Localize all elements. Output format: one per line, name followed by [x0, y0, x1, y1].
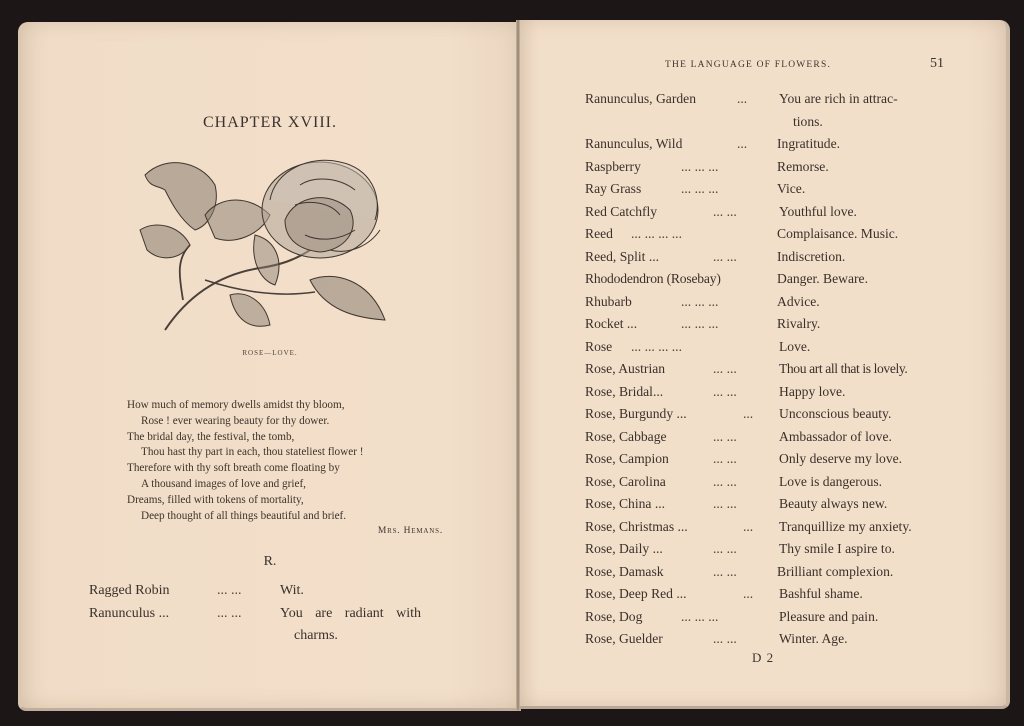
leader-dots: ... ... [713, 381, 737, 404]
poem-line: How much of memory dwells amidst thy blo… [127, 398, 467, 414]
flower-name: Rose, Christmas ... [585, 516, 688, 539]
leader-dots: ... ... [713, 426, 737, 449]
leader-dots: ... ... [713, 448, 737, 471]
running-head: THE LANGUAGE OF FLOWERS. [665, 60, 831, 70]
flower-name: Red Catchfly [585, 201, 657, 224]
leader-dots: ... ... [713, 201, 737, 224]
flower-name: Ranunculus, Garden [585, 88, 696, 111]
printer-signature: D 2 [752, 650, 774, 666]
flower-name: Rose, Burgundy ... [585, 403, 687, 426]
poem-line: Dreams, filled with tokens of mortality, [127, 493, 467, 509]
list-item: Reed ... ... ... ... Complaisance. Music… [585, 223, 985, 246]
flower-name: Rose, Damask [585, 561, 664, 584]
leader-dots: ... ... [713, 538, 737, 561]
flower-meaning: Wit. [280, 580, 304, 603]
list-item: Rose, Burgundy ... ... Unconscious beaut… [585, 403, 985, 426]
leader-dots: ... ... ... ... [631, 223, 682, 246]
list-item: Ranunculus ... ... ... You are radiant w… [89, 603, 469, 626]
flower-name: Rose, China ... [585, 493, 665, 516]
list-item: Rose, Daily ... ... ... Thy smile I aspi… [585, 538, 985, 561]
flower-meaning: Bashful shame. [779, 583, 863, 606]
leader-dots: ... ... [217, 603, 242, 626]
flower-name: Rose, Austrian [585, 358, 665, 381]
leader-dots: ... ... ... ... [631, 336, 682, 359]
flower-name: Rose, Guelder [585, 628, 663, 651]
list-item: Rose, Carolina ... ... Love is dangerous… [585, 471, 985, 494]
flower-meaning: Love is dangerous. [779, 471, 882, 494]
leader-dots: ... ... [713, 561, 737, 584]
flower-meaning: Love. [779, 336, 810, 359]
list-item: Rose, Guelder ... ... Winter. Age. [585, 628, 985, 651]
leader-dots: ... [743, 516, 753, 539]
book-gutter [516, 20, 520, 710]
flower-meaning: Winter. Age. [779, 628, 848, 651]
flower-name: Rose, Daily ... [585, 538, 663, 561]
left-entries-list: Ragged Robin ... ... Wit. Ranunculus ...… [89, 580, 469, 648]
poem-line: Therefore with thy soft breath come floa… [127, 461, 467, 477]
flower-name: Ragged Robin [89, 580, 170, 603]
leader-dots: ... ... ... [681, 178, 718, 201]
flower-meaning: Pleasure and pain. [779, 606, 878, 629]
list-item: Rose, Bridal... ... ... Happy love. [585, 381, 985, 404]
poem-author: Mrs. Hemans. [127, 524, 467, 540]
list-item: Ray Grass ... ... ... Vice. [585, 178, 985, 201]
leader-dots: ... ... ... [681, 156, 718, 179]
flower-name: Ranunculus, Wild [585, 133, 682, 156]
illustration-caption: ROSE—LOVE. [200, 349, 340, 357]
flower-meaning: Tranquillize my anxiety. [779, 516, 912, 539]
rose-illustration-icon [135, 150, 395, 340]
leader-dots: ... ... ... [681, 606, 718, 629]
list-item: Reed, Split ... ... ... Indiscretion. [585, 246, 985, 269]
flower-name: Rose [585, 336, 612, 359]
leader-dots: ... ... [713, 471, 737, 494]
flower-meaning-continued: tions. [793, 111, 823, 134]
flower-meaning: Beauty always new. [779, 493, 887, 516]
list-item: Rose, Damask ... ... Brilliant complexio… [585, 561, 985, 584]
flower-name: Rocket ... [585, 313, 637, 336]
list-item: Ragged Robin ... ... Wit. [89, 580, 469, 603]
flower-meaning: Danger. Beware. [777, 268, 868, 291]
flower-name: Rhododendron (Rosebay) [585, 268, 721, 291]
flower-meaning: Youthful love. [779, 201, 857, 224]
flower-meaning: Thou art all that is lovely. [779, 358, 907, 381]
page-number: 51 [930, 56, 944, 72]
list-item: Rose, Austrian ... ... Thou art all that… [585, 358, 985, 381]
flower-name: Raspberry [585, 156, 641, 179]
leader-dots: ... ... ... [681, 313, 718, 336]
flower-name: Rhubarb [585, 291, 632, 314]
list-item: Rose ... ... ... ... Love. [585, 336, 985, 359]
list-item: Rose, China ... ... ... Beauty always ne… [585, 493, 985, 516]
list-item: Rose, Christmas ... ... Tranquillize my … [585, 516, 985, 539]
right-entries-list: Ranunculus, Garden ... You are rich in a… [585, 88, 985, 651]
list-item: Ranunculus, Wild ... Ingratitude. [585, 133, 985, 156]
leader-dots: ... ... ... [681, 291, 718, 314]
flower-meaning: Unconscious beauty. [779, 403, 891, 426]
poem-line: Deep thought of all things beautiful and… [127, 509, 467, 525]
poem-line: The bridal day, the festival, the tomb, [127, 430, 467, 446]
poem: How much of memory dwells amidst thy blo… [127, 398, 467, 540]
flower-meaning: Remorse. [777, 156, 829, 179]
leader-dots: ... [737, 133, 747, 156]
list-item: Rhubarb ... ... ... Advice. [585, 291, 985, 314]
flower-name: Rose, Deep Red ... [585, 583, 687, 606]
flower-meaning: Ambassador of love. [779, 426, 892, 449]
flower-name: Rose, Dog [585, 606, 642, 629]
leader-dots: ... ... [713, 493, 737, 516]
flower-name: Ranunculus ... [89, 603, 169, 626]
leader-dots: ... [743, 583, 753, 606]
flower-meaning: You are rich in attrac- [779, 88, 898, 111]
list-item: Rose, Deep Red ... ... Bashful shame. [585, 583, 985, 606]
flower-meaning: Indiscretion. [777, 246, 845, 269]
list-item: Ranunculus, Garden ... You are rich in a… [585, 88, 985, 111]
poem-line: Thou hast thy part in each, thou stateli… [127, 445, 467, 461]
flower-meaning: Thy smile I aspire to. [779, 538, 895, 561]
list-item: Rocket ... ... ... ... Rivalry. [585, 313, 985, 336]
poem-line: A thousand images of love and grief, [127, 477, 467, 493]
flower-meaning: Brilliant complexion. [777, 561, 893, 584]
flower-meaning: Only deserve my love. [779, 448, 902, 471]
section-letter: R. [250, 554, 290, 570]
list-item: Rose, Dog ... ... ... Pleasure and pain. [585, 606, 985, 629]
flower-meaning: You are radiant with [280, 603, 421, 626]
flower-meaning: Happy love. [779, 381, 845, 404]
chapter-title: CHAPTER XVIII. [160, 114, 380, 132]
poem-line: Rose ! ever wearing beauty for thy dower… [127, 414, 467, 430]
flower-name: Rose, Carolina [585, 471, 666, 494]
leader-dots: ... ... [217, 580, 242, 603]
list-item-continuation: charms. [89, 625, 469, 648]
leader-dots: ... ... [713, 246, 737, 269]
flower-meaning: Rivalry. [777, 313, 820, 336]
flower-name: Rose, Bridal... [585, 381, 663, 404]
flower-name: Ray Grass [585, 178, 641, 201]
flower-meaning: Complaisance. Music. [777, 223, 898, 246]
flower-name: Reed [585, 223, 613, 246]
flower-name: Rose, Cabbage [585, 426, 667, 449]
flower-name: Reed, Split ... [585, 246, 659, 269]
list-item: Rose, Cabbage ... ... Ambassador of love… [585, 426, 985, 449]
flower-meaning-continued: charms. [294, 625, 338, 648]
list-item: Red Catchfly ... ... Youthful love. [585, 201, 985, 224]
flower-name: Rose, Campion [585, 448, 669, 471]
leader-dots: ... ... [713, 628, 737, 651]
leader-dots: ... [743, 403, 753, 426]
leader-dots: ... ... [713, 358, 737, 381]
flower-meaning: Vice. [777, 178, 805, 201]
leader-dots: ... [737, 88, 747, 111]
flower-meaning: Ingratitude. [777, 133, 840, 156]
list-item-continuation: tions. [585, 111, 985, 134]
list-item: Raspberry ... ... ... Remorse. [585, 156, 985, 179]
flower-meaning: Advice. [777, 291, 820, 314]
list-item: Rose, Campion ... ... Only deserve my lo… [585, 448, 985, 471]
list-item: Rhododendron (Rosebay) Danger. Beware. [585, 268, 985, 291]
